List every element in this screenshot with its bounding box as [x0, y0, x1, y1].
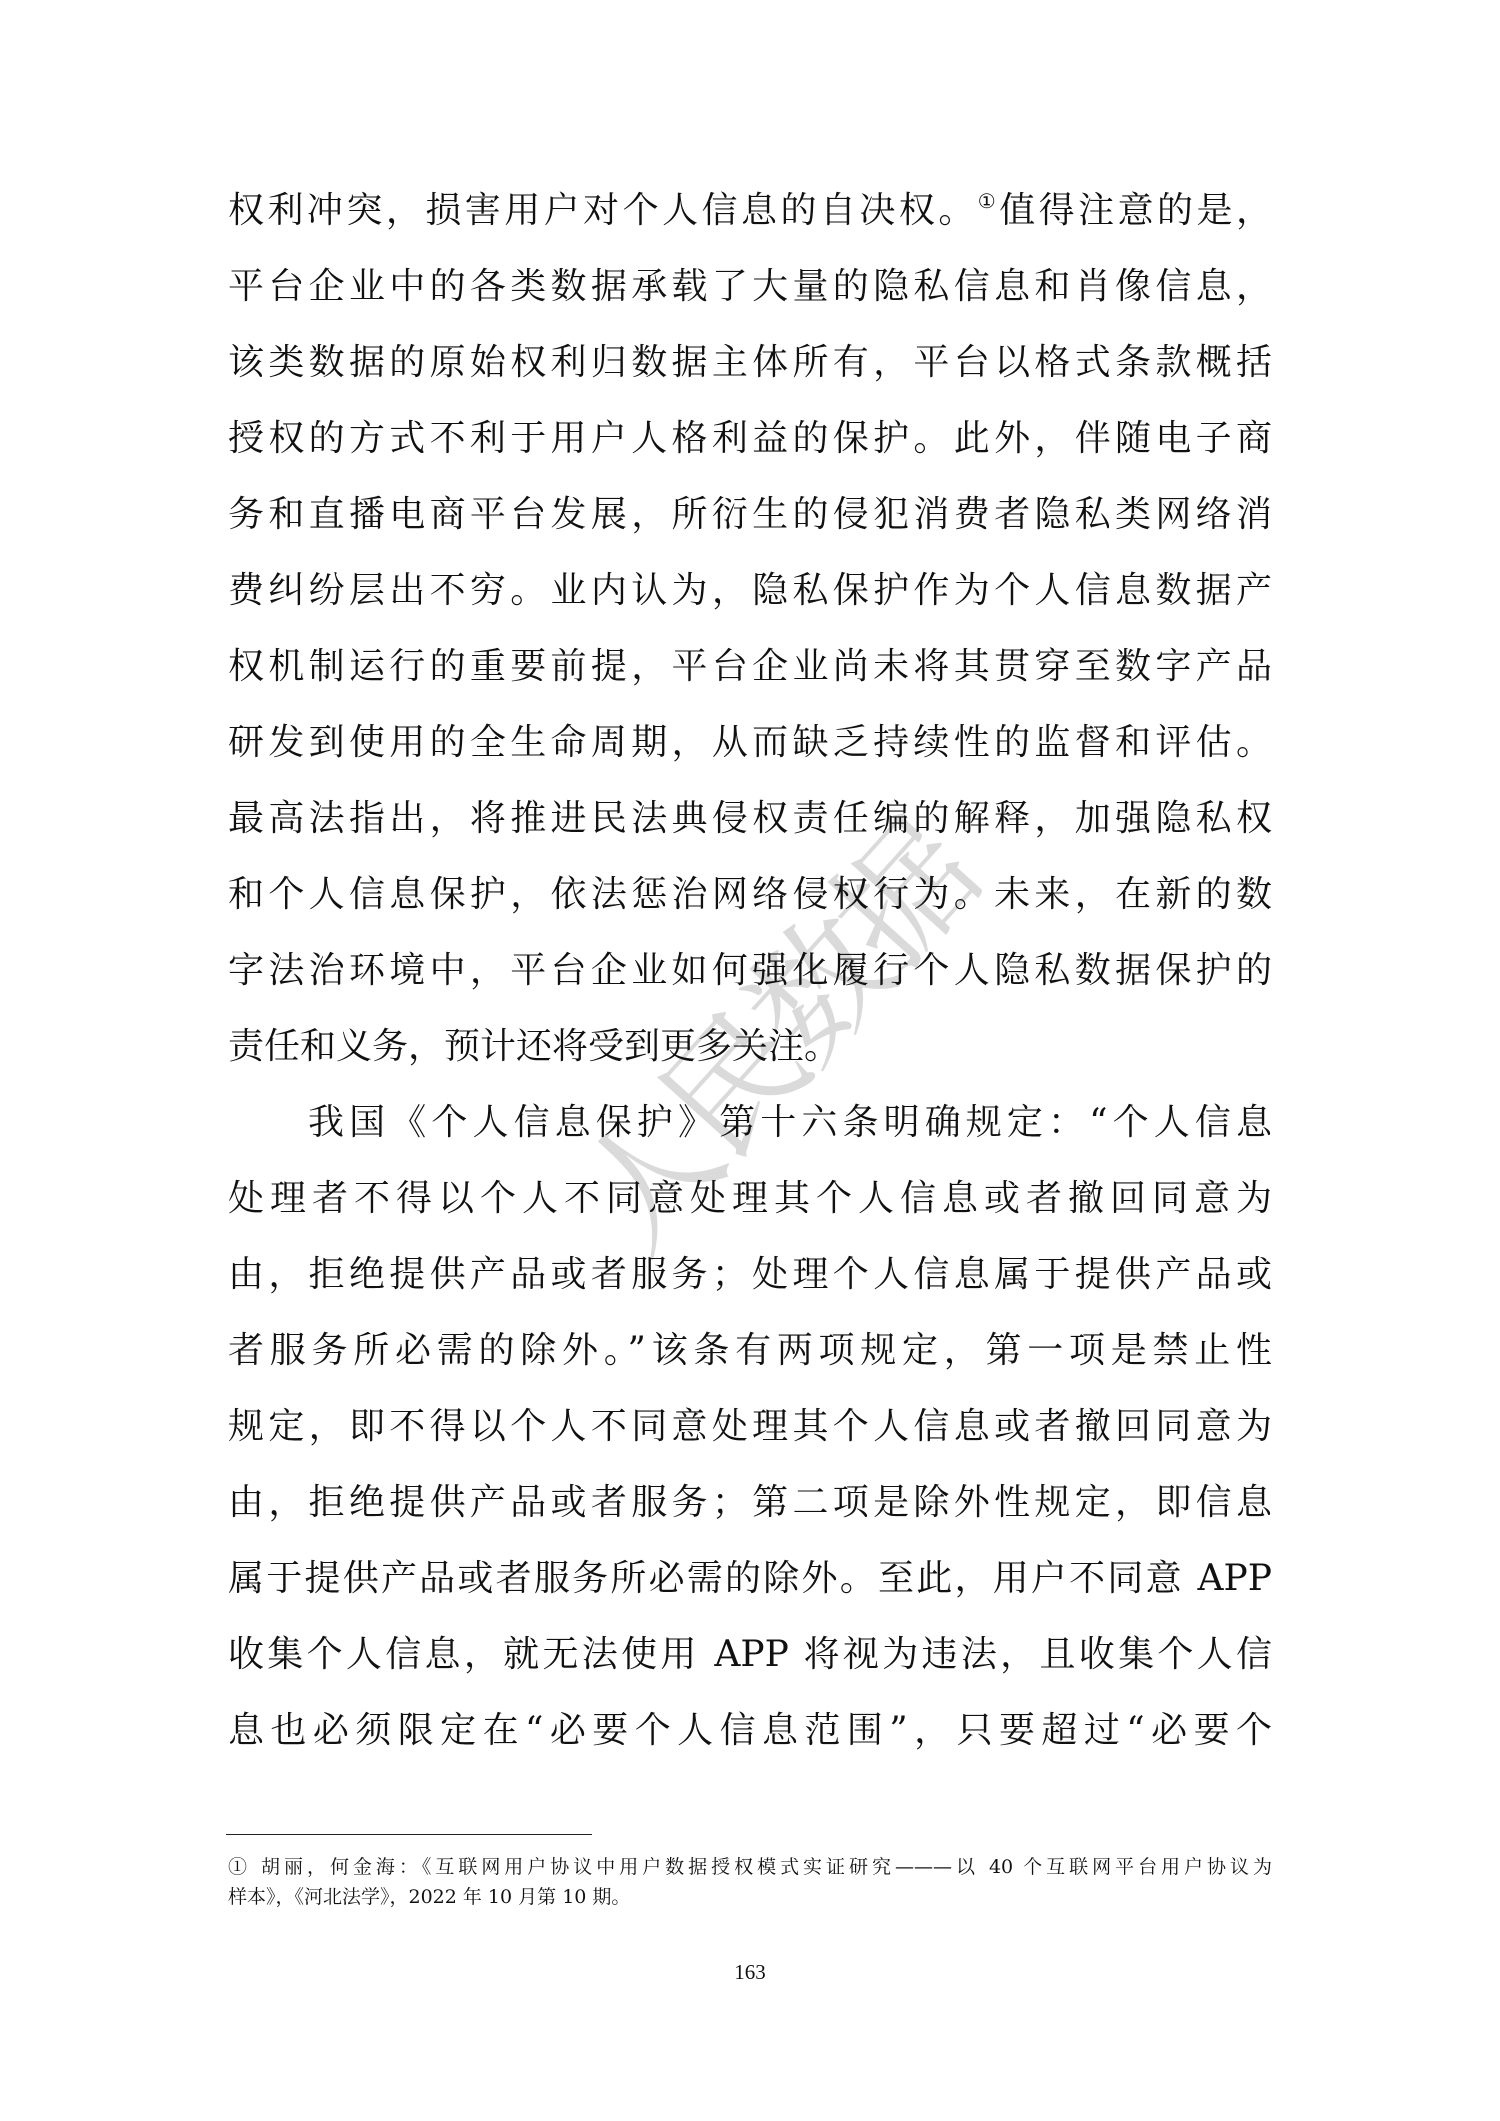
body-line-15: 由，拒绝提供产品或者服务；处理个人信息属于提供产品或 — [228, 1237, 1272, 1313]
body-line-19: 属于提供产品或者服务所必需的除外。至此，用户不同意 APP — [228, 1541, 1272, 1617]
body-line-4: 授权的方式不利于用户人格利益的保护。此外，伴随电子商 — [228, 401, 1272, 477]
body-line-12: 责任和义务，预计还将受到更多关注。 — [228, 1009, 1272, 1085]
body-line-3: 该类数据的原始权利归数据主体所有，平台以格式条款概括 — [228, 325, 1272, 401]
body-line-7: 权机制运行的重要前提，平台企业尚未将其贯穿至数字产品 — [228, 629, 1272, 705]
body-line-20: 收集个人信息，就无法使用 APP 将视为违法，且收集个人信 — [228, 1617, 1272, 1693]
footnote: ① 胡丽，何金海：《互联网用户协议中用户数据授权模式实证研究———以 40 个互… — [228, 1852, 1272, 1912]
body-line-6: 费纠纷层出不穷。业内认为，隐私保护作为个人信息数据产 — [228, 553, 1272, 629]
body-line-8: 研发到使用的全生命周期，从而缺乏持续性的监督和评估。 — [228, 705, 1272, 781]
footnote-reference[interactable]: ① — [978, 189, 999, 213]
footnote-line-1: ① 胡丽，何金海：《互联网用户协议中用户数据授权模式实证研究———以 40 个互… — [228, 1852, 1272, 1882]
body-text: 权利冲突，损害用户对个人信息的自决权。①值得注意的是， 平台企业中的各类数据承载… — [228, 173, 1272, 1769]
line-text-continued: 值得注意的是， — [999, 190, 1272, 231]
body-line-18: 由，拒绝提供产品或者服务；第二项是除外性规定，即信息 — [228, 1465, 1272, 1541]
page-number: 163 — [0, 1960, 1500, 1985]
body-line-17: 规定，即不得以个人不同意处理其个人信息或者撤回同意为 — [228, 1389, 1272, 1465]
body-line-2: 平台企业中的各类数据承载了大量的隐私信息和肖像信息， — [228, 249, 1272, 325]
footnote-separator — [226, 1834, 592, 1835]
document-page: 人民数据 权利冲突，损害用户对个人信息的自决权。①值得注意的是， 平台企业中的各… — [0, 0, 1500, 2121]
body-line-9: 最高法指出，将推进民法典侵权责任编的解释，加强隐私权 — [228, 781, 1272, 857]
body-line-16: 者服务所必需的除外。”该条有两项规定，第一项是禁止性 — [228, 1313, 1272, 1389]
body-line-14: 处理者不得以个人不同意处理其个人信息或者撤回同意为 — [228, 1161, 1272, 1237]
body-line-5: 务和直播电商平台发展，所衍生的侵犯消费者隐私类网络消 — [228, 477, 1272, 553]
body-line-13: 我国《个人信息保护》第十六条明确规定：“个人信息 — [228, 1085, 1272, 1161]
body-line-1: 权利冲突，损害用户对个人信息的自决权。①值得注意的是， — [228, 173, 1272, 249]
line-text: 权利冲突，损害用户对个人信息的自决权。 — [228, 190, 978, 231]
body-line-10: 和个人信息保护，依法惩治网络侵权行为。未来，在新的数 — [228, 857, 1272, 933]
body-line-11: 字法治环境中，平台企业如何强化履行个人隐私数据保护的 — [228, 933, 1272, 1009]
footnote-line-2: 样本》，《河北法学》，2022 年 10 月第 10 期。 — [228, 1882, 1272, 1912]
body-line-21: 息也必须限定在“必要个人信息范围”，只要超过“必要个 — [228, 1693, 1272, 1769]
